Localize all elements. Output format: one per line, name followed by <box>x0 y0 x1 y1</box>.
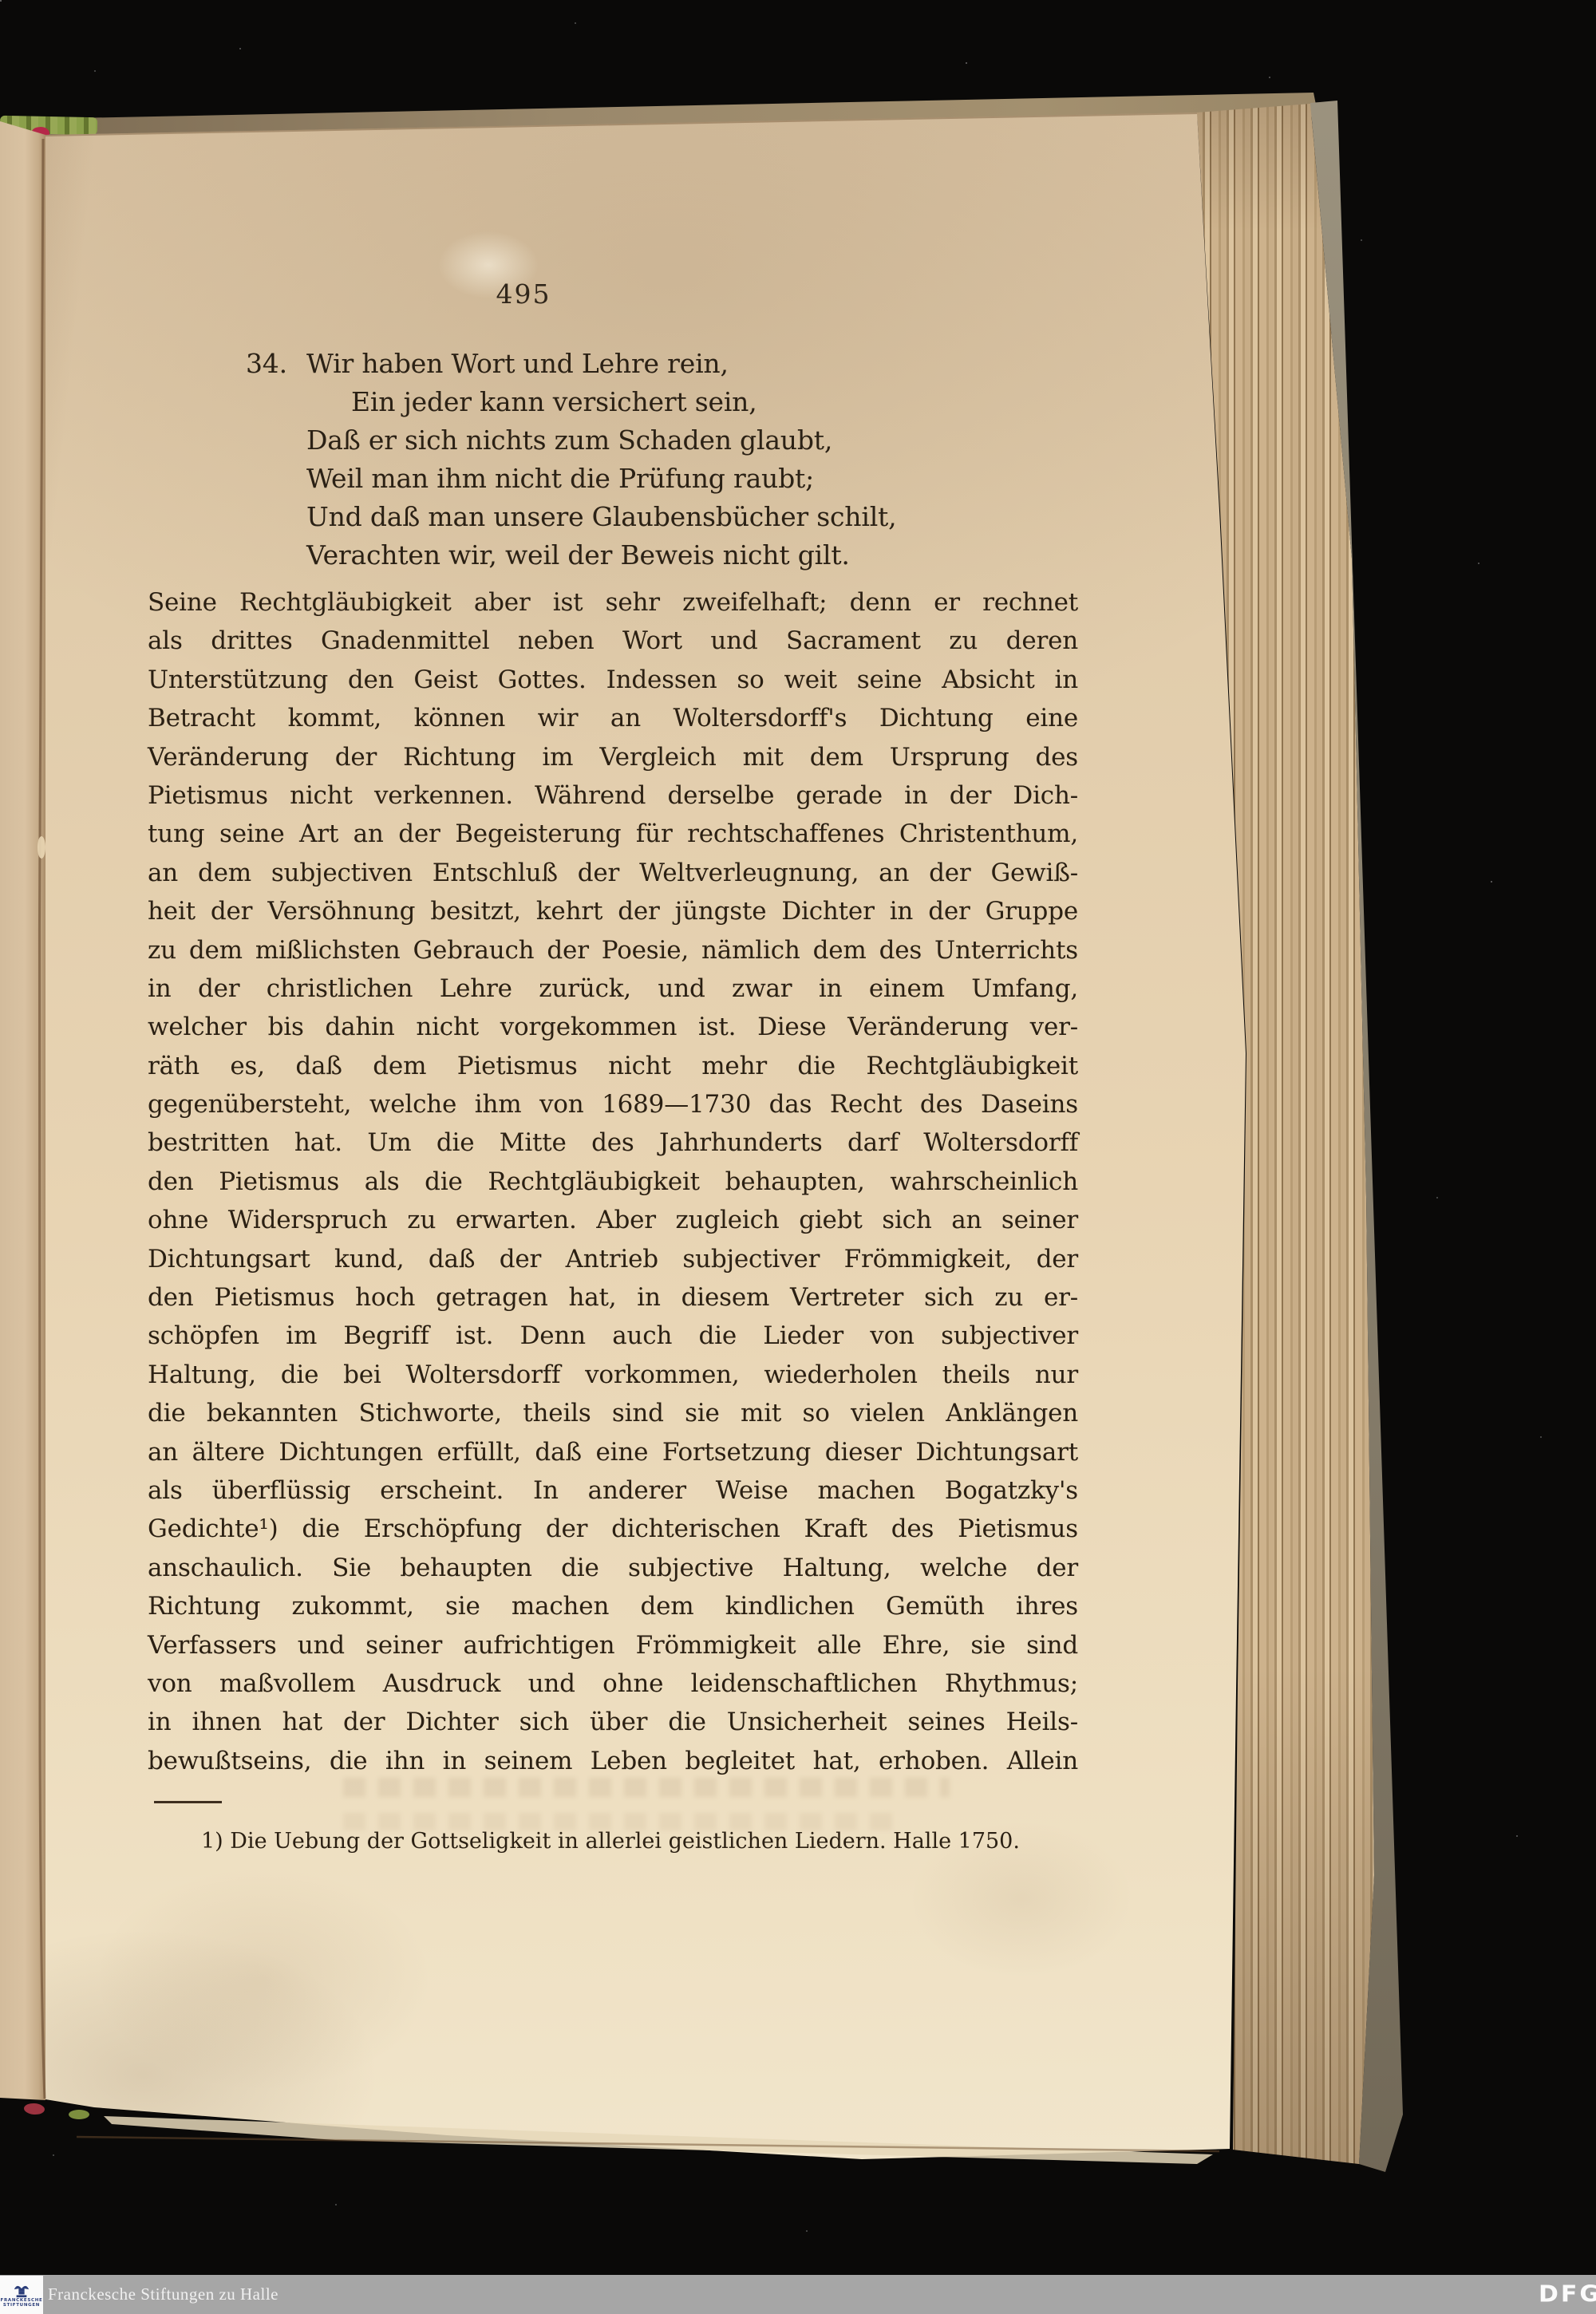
body-text-line: bestritten hat. Um die Mitte des Jahrhun… <box>148 1123 1078 1162</box>
poem-line: Weil man ihm nicht die Prüfung raubt; <box>246 460 351 498</box>
body-text-line: Gedichte¹) die Erschöpfung der dichteris… <box>148 1510 1078 1548</box>
hymn-stanza: 34.Wir haben Wort und Lehre rein,Ein jed… <box>246 345 351 575</box>
poem-line-text: Verachten wir, weil der Beweis nicht gil… <box>306 536 850 575</box>
body-text-line: Unterstützung den Geist Gottes. Indessen… <box>148 661 1078 699</box>
ink-bleedthrough <box>343 1813 894 1830</box>
poem-line: Ein jeder kann versichert sein, <box>246 383 351 421</box>
body-text-line: von maßvollem Ausdruck und ohne leidensc… <box>148 1664 1078 1703</box>
body-text-line: heit der Versöhnung besitzt, kehrt der j… <box>148 892 1078 930</box>
ink-bleedthrough <box>343 1778 950 1797</box>
body-text-line: ohne Widerspruch zu erwarten. Aber zugle… <box>148 1201 1078 1239</box>
body-text-line: anschaulich. Sie behaupten die subjectiv… <box>148 1549 1078 1587</box>
franckesche-stiftungen-logo: FRANCKESCHE STIFTUNGEN <box>0 2276 43 2314</box>
poem-line: Daß er sich nichts zum Schaden glaubt, <box>246 421 351 460</box>
poem-line: Und daß man unsere Glaubensbücher schilt… <box>246 498 351 536</box>
body-text-line: an dem subjectiven Entschluß der Weltver… <box>148 854 1078 892</box>
body-text-line: Haltung, die bei Woltersdorff vorkommen,… <box>148 1356 1078 1394</box>
body-text-line: bewußtseins, die ihn in seinem Leben beg… <box>148 1742 1078 1780</box>
poem-line: Verachten wir, weil der Beweis nicht gil… <box>246 536 351 575</box>
body-text-line: gegenübersteht, welche ihm von 1689—1730… <box>148 1085 1078 1123</box>
page-number: 495 <box>476 280 571 309</box>
body-text-line: Pietismus nicht verkennen. Während derse… <box>148 776 1078 815</box>
footnote-text: 1) Die Uebung der Gottseligkeit in aller… <box>201 1829 1020 1854</box>
body-text-line: Verfassers und seiner aufrichtigen Frömm… <box>148 1626 1078 1664</box>
body-text-line: als drittes Gnadenmittel neben Wort und … <box>148 622 1078 660</box>
body-text-line: in ihnen hat der Dichter sich über die U… <box>148 1703 1078 1741</box>
body-text-line: den Pietismus hoch getragen hat, in dies… <box>148 1278 1078 1317</box>
body-text-line: den Pietismus als die Rechtgläubigkeit b… <box>148 1163 1078 1201</box>
institution-label: Franckesche Stiftungen zu Halle <box>48 2275 279 2314</box>
body-text-line: Dichtungsart kund, daß der Antrieb subje… <box>148 1240 1078 1278</box>
body-text-line: zu dem mißlichsten Gebrauch der Poesie, … <box>148 931 1078 969</box>
body-text-line: Veränderung der Richtung im Vergleich mi… <box>148 738 1078 776</box>
poem-line-text: Und daß man unsere Glaubensbücher schilt… <box>306 498 896 536</box>
body-text-line: als überflüssig erscheint. In anderer We… <box>148 1471 1078 1510</box>
body-text-line: Betracht kommt, können wir an Woltersdor… <box>148 699 1078 737</box>
digitization-footer-bar: FRANCKESCHE STIFTUNGEN Franckesche Stift… <box>0 2275 1596 2314</box>
stanza-number: 34. <box>246 345 306 383</box>
body-text-line: Seine Rechtgläubigkeit aber ist sehr zwe… <box>148 583 1078 622</box>
body-text-line: welcher bis dahin nicht vorgekommen ist.… <box>148 1008 1078 1046</box>
body-text-line: tung seine Art an der Begeisterung für r… <box>148 815 1078 853</box>
body-text-line: räth es, daß dem Pietismus nicht mehr di… <box>148 1047 1078 1085</box>
logo-caption-line2: STIFTUNGEN <box>3 2303 40 2308</box>
body-text-line: die bekannten Stichworte, theils sind si… <box>148 1394 1078 1432</box>
poem-line-text: Wir haben Wort und Lehre rein, <box>306 345 729 383</box>
body-paragraph: Seine Rechtgläubigkeit aber ist sehr zwe… <box>148 583 1078 1780</box>
body-text-line: Richtung zukommt, sie machen dem kindlic… <box>148 1587 1078 1625</box>
body-text-line: an ältere Dichtungen erfüllt, daß eine F… <box>148 1433 1078 1471</box>
poem-line-text: Ein jeder kann versichert sein, <box>351 383 757 421</box>
poem-line: 34.Wir haben Wort und Lehre rein, <box>246 345 351 383</box>
printed-text-layer: 495 34.Wir haben Wort und Lehre rein,Ein… <box>0 0 1596 2314</box>
body-text-line: schöpfen im Begriff ist. Denn auch die L… <box>148 1317 1078 1355</box>
poem-line-text: Daß er sich nichts zum Schaden glaubt, <box>306 421 832 460</box>
poem-line-text: Weil man ihm nicht die Prüfung raubt; <box>306 460 814 498</box>
dfg-logo: DFG <box>1539 2276 1596 2313</box>
body-text-line: in der christlichen Lehre zurück, und zw… <box>148 969 1078 1008</box>
book-scan-photo: 495 34.Wir haben Wort und Lehre rein,Ein… <box>0 0 1596 2314</box>
eagle-icon <box>13 2282 30 2298</box>
footnote-rule <box>154 1801 222 1803</box>
